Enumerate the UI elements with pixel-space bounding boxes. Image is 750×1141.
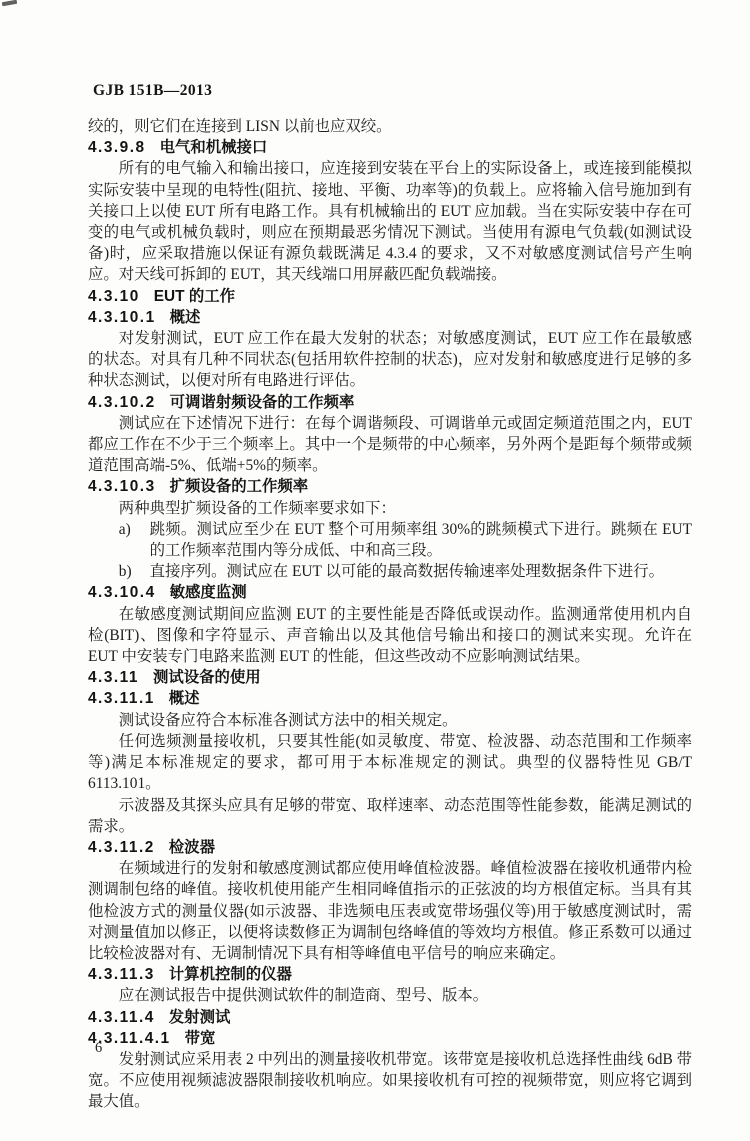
section-heading: 4.3.10EUT 的工作: [88, 286, 692, 307]
section-number: 4.3.10: [88, 288, 140, 305]
section-heading: 4.3.11测试设备的使用: [88, 667, 692, 688]
list-item: b)直接序列。测试应在 EUT 以可能的最高数据传输速率处理数据条件下进行。: [88, 561, 692, 582]
section-title: 扩频设备的工作频率: [170, 478, 309, 495]
paragraph: 测试应在下述情况下进行：在每个调谐频段、可调谐单元或固定频道范围之内，EUT 都…: [88, 413, 692, 477]
paragraph: 绞的，则它们在连接到 LISN 以前也应双绞。: [88, 116, 692, 137]
paragraph: 所有的电气输入和输出接口，应连接到安装在平台上的实际设备上，或连接到能模拟实际安…: [88, 158, 692, 285]
section-title: 检波器: [169, 839, 215, 856]
page-content: 绞的，则它们在连接到 LISN 以前也应双绞。4.3.9.8电气和机械接口所有的…: [88, 116, 692, 1113]
section-number: 4.3.10.3: [88, 478, 156, 495]
section-title: 敏感度监测: [170, 584, 247, 601]
paragraph: 任何选频测量接收机，只要其性能(如灵敏度、带宽、检波器、动态范围和工作频率等)满…: [88, 731, 692, 795]
section-title: 电气和机械接口: [160, 139, 268, 156]
section-title: 概述: [169, 690, 200, 707]
section-heading: 4.3.10.4敏感度监测: [88, 582, 692, 603]
paragraph: 对发射测试，EUT 应工作在最大发射的状态；对敏感度测试，EUT 应工作在最敏感…: [88, 328, 692, 392]
section-heading: 4.3.11.1概述: [88, 688, 692, 709]
page-number: 6: [95, 1040, 102, 1057]
list-item-label: a): [119, 519, 150, 561]
list-item-text: 跳频。测试应至少在 EUT 整个可用频率组 30%的跳频模式下进行。跳频在 EU…: [150, 519, 692, 561]
section-heading: 4.3.10.3扩频设备的工作频率: [88, 476, 692, 497]
paragraph: 在频域进行的发射和敏感度测试都应使用峰值检波器。峰值检波器在接收机通带内检测调制…: [88, 858, 692, 964]
paragraph: 在敏感度测试期间应监测 EUT 的主要性能是否降低或误动作。监测通常使用机内自检…: [88, 604, 692, 668]
section-number: 4.3.11.1: [88, 690, 155, 707]
paragraph: 示波器及其探头应具有足够的带宽、取样速率、动态范围等性能参数，能满足测试的需求。: [88, 795, 692, 837]
paragraph: 测试设备应符合本标准各测试方法中的相关规定。: [88, 710, 692, 731]
list-item-label: b): [119, 561, 150, 582]
paragraph: 应在测试报告中提供测试软件的制造商、型号、版本。: [88, 985, 692, 1006]
section-heading: 4.3.10.1概述: [88, 307, 692, 328]
section-number: 4.3.11.3: [88, 966, 155, 983]
section-number: 4.3.10.2: [88, 394, 156, 411]
section-number: 4.3.10.4: [88, 584, 156, 601]
document-header: GJB 151B—2013: [93, 82, 212, 100]
section-title: 带宽: [185, 1030, 216, 1047]
document-page: GJB 151B—2013 绞的，则它们在连接到 LISN 以前也应双绞。4.3…: [0, 0, 750, 1141]
scan-corner-mark: [2, 0, 17, 6]
section-number: 4.3.9.8: [88, 139, 146, 156]
section-heading: 4.3.10.2可调谐射频设备的工作频率: [88, 392, 692, 413]
section-number: 4.3.11.2: [88, 839, 155, 856]
section-title: 可调谐射频设备的工作频率: [170, 394, 355, 411]
section-title: 计算机控制的仪器: [169, 966, 292, 983]
paragraph: 两种典型扩频设备的工作频率要求如下：: [88, 498, 692, 519]
list-item: a)跳频。测试应至少在 EUT 整个可用频率组 30%的跳频模式下进行。跳频在 …: [88, 519, 692, 561]
section-title: EUT 的工作: [154, 288, 235, 305]
section-title: 测试设备的使用: [153, 669, 261, 686]
section-heading: 4.3.11.3计算机控制的仪器: [88, 964, 692, 985]
section-title: 发射测试: [169, 1009, 231, 1026]
paragraph: 发射测试应采用表 2 中列出的测量接收机带宽。该带宽是接收机总选择性曲线 6dB…: [88, 1049, 692, 1113]
section-number: 4.3.11.4: [88, 1009, 155, 1026]
list-item-text: 直接序列。测试应在 EUT 以可能的最高数据传输速率处理数据条件下进行。: [150, 561, 692, 582]
section-title: 概述: [170, 309, 201, 326]
section-heading: 4.3.11.2检波器: [88, 837, 692, 858]
section-number: 4.3.11: [88, 669, 139, 686]
section-heading: 4.3.9.8电气和机械接口: [88, 137, 692, 158]
section-number: 4.3.10.1: [88, 309, 156, 326]
section-heading: 4.3.11.4.1带宽: [88, 1028, 692, 1049]
section-heading: 4.3.11.4发射测试: [88, 1007, 692, 1028]
